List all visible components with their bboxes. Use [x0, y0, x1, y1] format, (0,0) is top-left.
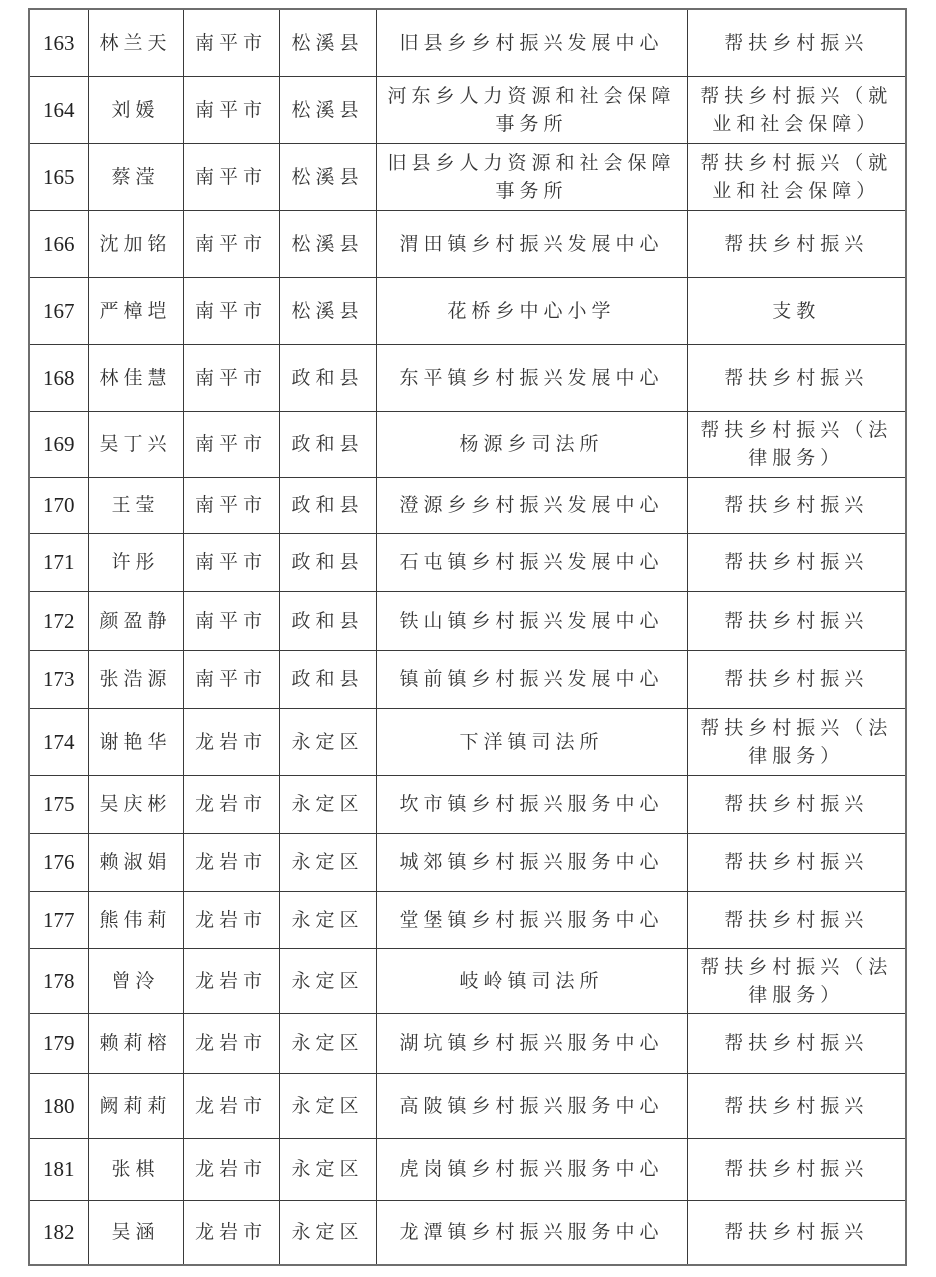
service-type-cell: 帮扶乡村振兴（法律服务）: [687, 411, 906, 477]
county-cell: 松溪县: [279, 9, 376, 76]
county-cell: 永定区: [279, 1073, 376, 1138]
service-unit-cell: 下洋镇司法所: [376, 708, 687, 775]
table-row: 171许彤南平市政和县石屯镇乡村振兴发展中心帮扶乡村振兴: [29, 533, 906, 591]
table-row: 181张棋龙岩市永定区虎岗镇乡村振兴服务中心帮扶乡村振兴: [29, 1138, 906, 1200]
service-type-cell: 帮扶乡村振兴（就业和社会保障）: [687, 76, 906, 143]
service-unit-cell: 岐岭镇司法所: [376, 948, 687, 1013]
table-row: 182吴涵龙岩市永定区龙潭镇乡村振兴服务中心帮扶乡村振兴: [29, 1200, 906, 1265]
name-cell: 颜盈静: [88, 591, 183, 650]
name-cell: 张棋: [88, 1138, 183, 1200]
service-unit-cell: 石屯镇乡村振兴发展中心: [376, 533, 687, 591]
county-cell: 永定区: [279, 775, 376, 833]
table-row: 168林佳慧南平市政和县东平镇乡村振兴发展中心帮扶乡村振兴: [29, 344, 906, 411]
city-cell: 南平市: [183, 477, 279, 533]
name-cell: 熊伟莉: [88, 891, 183, 948]
service-type-cell: 帮扶乡村振兴: [687, 1073, 906, 1138]
service-type-cell: 帮扶乡村振兴: [687, 1200, 906, 1265]
row-number-cell: 179: [29, 1013, 88, 1073]
service-unit-cell: 铁山镇乡村振兴发展中心: [376, 591, 687, 650]
service-type-cell: 帮扶乡村振兴: [687, 344, 906, 411]
row-number-cell: 180: [29, 1073, 88, 1138]
service-unit-cell: 城郊镇乡村振兴服务中心: [376, 833, 687, 891]
service-unit-cell: 坎市镇乡村振兴服务中心: [376, 775, 687, 833]
row-number-cell: 171: [29, 533, 88, 591]
table-row: 165蔡滢南平市松溪县旧县乡人力资源和社会保障事务所帮扶乡村振兴（就业和社会保障…: [29, 143, 906, 210]
service-type-cell: 帮扶乡村振兴: [687, 1138, 906, 1200]
county-cell: 永定区: [279, 1013, 376, 1073]
table-row: 176赖淑娟龙岩市永定区城郊镇乡村振兴服务中心帮扶乡村振兴: [29, 833, 906, 891]
row-number-cell: 177: [29, 891, 88, 948]
county-cell: 政和县: [279, 533, 376, 591]
city-cell: 龙岩市: [183, 948, 279, 1013]
name-cell: 林佳慧: [88, 344, 183, 411]
county-cell: 政和县: [279, 477, 376, 533]
county-cell: 永定区: [279, 891, 376, 948]
city-cell: 龙岩市: [183, 708, 279, 775]
roster-table-body: 163林兰天南平市松溪县旧县乡乡村振兴发展中心帮扶乡村振兴164刘媛南平市松溪县…: [29, 9, 906, 1265]
table-row: 172颜盈静南平市政和县铁山镇乡村振兴发展中心帮扶乡村振兴: [29, 591, 906, 650]
table-row: 167严樟垲南平市松溪县花桥乡中心小学支教: [29, 277, 906, 344]
table-row: 180阙莉莉龙岩市永定区高陂镇乡村振兴服务中心帮扶乡村振兴: [29, 1073, 906, 1138]
row-number-cell: 181: [29, 1138, 88, 1200]
table-row: 175吴庆彬龙岩市永定区坎市镇乡村振兴服务中心帮扶乡村振兴: [29, 775, 906, 833]
row-number-cell: 182: [29, 1200, 88, 1265]
county-cell: 政和县: [279, 344, 376, 411]
table-row: 163林兰天南平市松溪县旧县乡乡村振兴发展中心帮扶乡村振兴: [29, 9, 906, 76]
service-unit-cell: 镇前镇乡村振兴发展中心: [376, 650, 687, 708]
name-cell: 赖淑娟: [88, 833, 183, 891]
county-cell: 政和县: [279, 411, 376, 477]
table-row: 179赖莉榕龙岩市永定区湖坑镇乡村振兴服务中心帮扶乡村振兴: [29, 1013, 906, 1073]
city-cell: 南平市: [183, 143, 279, 210]
table-row: 164刘媛南平市松溪县河东乡人力资源和社会保障事务所帮扶乡村振兴（就业和社会保障…: [29, 76, 906, 143]
service-type-cell: 帮扶乡村振兴: [687, 9, 906, 76]
row-number-cell: 176: [29, 833, 88, 891]
county-cell: 永定区: [279, 708, 376, 775]
volunteer-roster-table: 163林兰天南平市松溪县旧县乡乡村振兴发展中心帮扶乡村振兴164刘媛南平市松溪县…: [28, 8, 907, 1266]
city-cell: 龙岩市: [183, 1073, 279, 1138]
service-type-cell: 帮扶乡村振兴: [687, 591, 906, 650]
service-unit-cell: 杨源乡司法所: [376, 411, 687, 477]
service-unit-cell: 渭田镇乡村振兴发展中心: [376, 210, 687, 277]
service-unit-cell: 澄源乡乡村振兴发展中心: [376, 477, 687, 533]
row-number-cell: 163: [29, 9, 88, 76]
name-cell: 沈加铭: [88, 210, 183, 277]
city-cell: 龙岩市: [183, 1138, 279, 1200]
service-unit-cell: 龙潭镇乡村振兴服务中心: [376, 1200, 687, 1265]
county-cell: 政和县: [279, 591, 376, 650]
row-number-cell: 167: [29, 277, 88, 344]
county-cell: 永定区: [279, 1138, 376, 1200]
name-cell: 严樟垲: [88, 277, 183, 344]
city-cell: 南平市: [183, 533, 279, 591]
county-cell: 松溪县: [279, 277, 376, 344]
name-cell: 阙莉莉: [88, 1073, 183, 1138]
service-unit-cell: 东平镇乡村振兴发展中心: [376, 344, 687, 411]
row-number-cell: 172: [29, 591, 88, 650]
service-unit-cell: 旧县乡乡村振兴发展中心: [376, 9, 687, 76]
table-row: 173张浩源南平市政和县镇前镇乡村振兴发展中心帮扶乡村振兴: [29, 650, 906, 708]
service-unit-cell: 湖坑镇乡村振兴服务中心: [376, 1013, 687, 1073]
name-cell: 赖莉榕: [88, 1013, 183, 1073]
name-cell: 张浩源: [88, 650, 183, 708]
county-cell: 永定区: [279, 948, 376, 1013]
table-row: 178曾泠龙岩市永定区岐岭镇司法所帮扶乡村振兴（法律服务）: [29, 948, 906, 1013]
table-row: 166沈加铭南平市松溪县渭田镇乡村振兴发展中心帮扶乡村振兴: [29, 210, 906, 277]
service-unit-cell: 虎岗镇乡村振兴服务中心: [376, 1138, 687, 1200]
row-number-cell: 166: [29, 210, 88, 277]
row-number-cell: 173: [29, 650, 88, 708]
row-number-cell: 175: [29, 775, 88, 833]
city-cell: 南平市: [183, 210, 279, 277]
row-number-cell: 164: [29, 76, 88, 143]
service-type-cell: 帮扶乡村振兴（就业和社会保障）: [687, 143, 906, 210]
county-cell: 松溪县: [279, 210, 376, 277]
county-cell: 永定区: [279, 1200, 376, 1265]
city-cell: 龙岩市: [183, 775, 279, 833]
service-type-cell: 帮扶乡村振兴: [687, 833, 906, 891]
county-cell: 政和县: [279, 650, 376, 708]
city-cell: 南平市: [183, 344, 279, 411]
document-page: 163林兰天南平市松溪县旧县乡乡村振兴发展中心帮扶乡村振兴164刘媛南平市松溪县…: [28, 8, 905, 1266]
row-number-cell: 169: [29, 411, 88, 477]
service-type-cell: 帮扶乡村振兴: [687, 775, 906, 833]
row-number-cell: 170: [29, 477, 88, 533]
city-cell: 龙岩市: [183, 891, 279, 948]
service-unit-cell: 高陂镇乡村振兴服务中心: [376, 1073, 687, 1138]
row-number-cell: 168: [29, 344, 88, 411]
service-type-cell: 帮扶乡村振兴: [687, 1013, 906, 1073]
city-cell: 龙岩市: [183, 833, 279, 891]
service-unit-cell: 花桥乡中心小学: [376, 277, 687, 344]
service-type-cell: 帮扶乡村振兴: [687, 650, 906, 708]
name-cell: 许彤: [88, 533, 183, 591]
name-cell: 曾泠: [88, 948, 183, 1013]
name-cell: 蔡滢: [88, 143, 183, 210]
name-cell: 王莹: [88, 477, 183, 533]
city-cell: 龙岩市: [183, 1013, 279, 1073]
name-cell: 林兰天: [88, 9, 183, 76]
row-number-cell: 165: [29, 143, 88, 210]
row-number-cell: 178: [29, 948, 88, 1013]
city-cell: 南平市: [183, 9, 279, 76]
city-cell: 龙岩市: [183, 1200, 279, 1265]
county-cell: 松溪县: [279, 76, 376, 143]
city-cell: 南平市: [183, 277, 279, 344]
name-cell: 刘媛: [88, 76, 183, 143]
service-type-cell: 帮扶乡村振兴: [687, 210, 906, 277]
table-row: 169吴丁兴南平市政和县杨源乡司法所帮扶乡村振兴（法律服务）: [29, 411, 906, 477]
service-type-cell: 帮扶乡村振兴: [687, 891, 906, 948]
service-type-cell: 帮扶乡村振兴（法律服务）: [687, 708, 906, 775]
service-type-cell: 帮扶乡村振兴: [687, 533, 906, 591]
service-unit-cell: 旧县乡人力资源和社会保障事务所: [376, 143, 687, 210]
city-cell: 南平市: [183, 591, 279, 650]
name-cell: 吴丁兴: [88, 411, 183, 477]
name-cell: 谢艳华: [88, 708, 183, 775]
row-number-cell: 174: [29, 708, 88, 775]
table-row: 174谢艳华龙岩市永定区下洋镇司法所帮扶乡村振兴（法律服务）: [29, 708, 906, 775]
service-type-cell: 帮扶乡村振兴（法律服务）: [687, 948, 906, 1013]
city-cell: 南平市: [183, 411, 279, 477]
county-cell: 松溪县: [279, 143, 376, 210]
name-cell: 吴涵: [88, 1200, 183, 1265]
city-cell: 南平市: [183, 76, 279, 143]
service-unit-cell: 河东乡人力资源和社会保障事务所: [376, 76, 687, 143]
table-row: 177熊伟莉龙岩市永定区堂堡镇乡村振兴服务中心帮扶乡村振兴: [29, 891, 906, 948]
service-type-cell: 帮扶乡村振兴: [687, 477, 906, 533]
city-cell: 南平市: [183, 650, 279, 708]
service-unit-cell: 堂堡镇乡村振兴服务中心: [376, 891, 687, 948]
table-row: 170王莹南平市政和县澄源乡乡村振兴发展中心帮扶乡村振兴: [29, 477, 906, 533]
name-cell: 吴庆彬: [88, 775, 183, 833]
service-type-cell: 支教: [687, 277, 906, 344]
county-cell: 永定区: [279, 833, 376, 891]
